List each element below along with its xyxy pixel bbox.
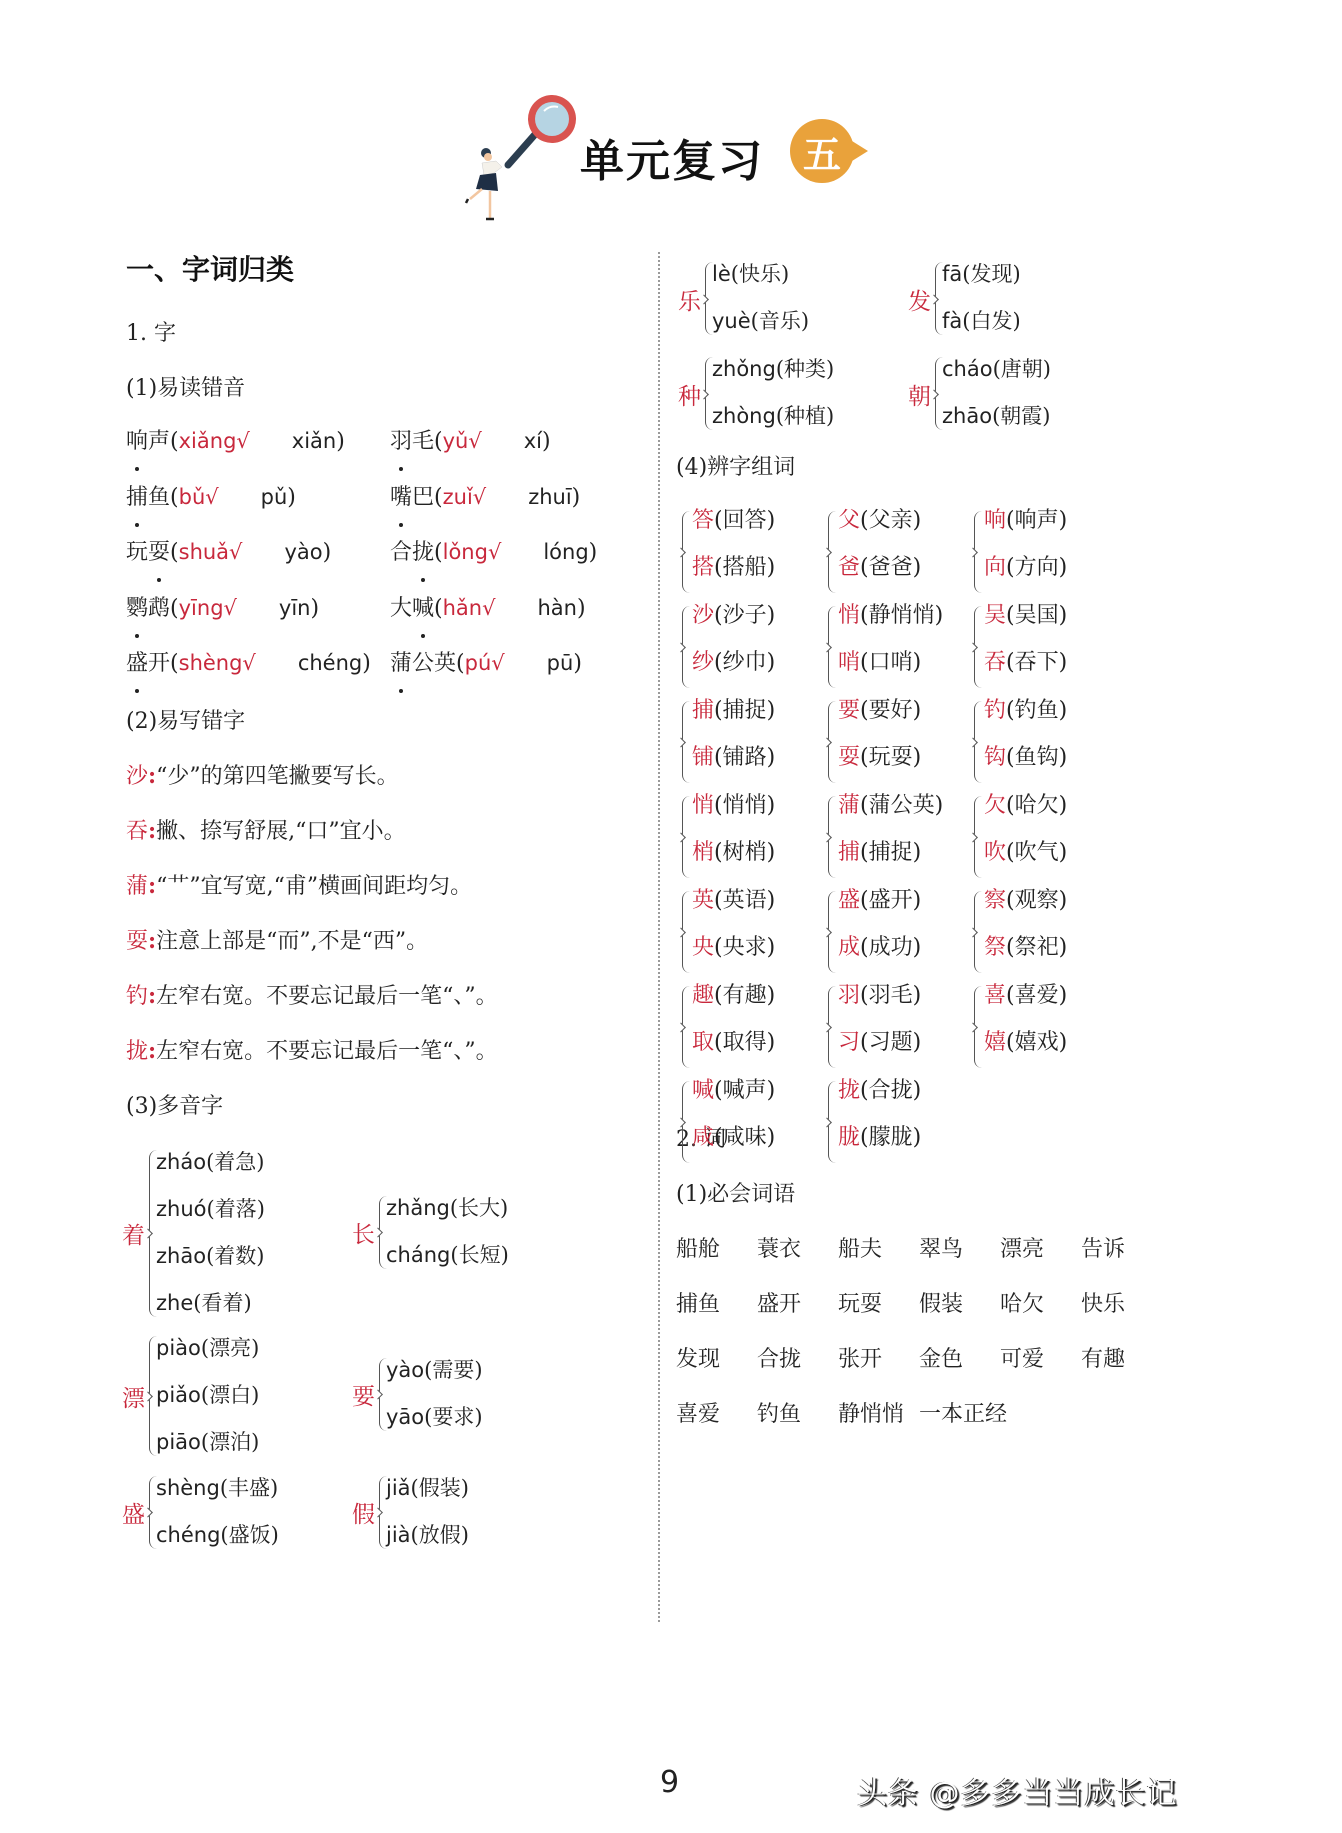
example-word: (喊声) — [714, 1078, 775, 1103]
pinyin: zhāo — [156, 1244, 206, 1268]
target-char: 英 — [692, 888, 714, 913]
brace-icon — [682, 1081, 692, 1163]
writing-note: 蒲:“艹”宜写宽,“甫”横画间距均匀。 — [126, 859, 646, 914]
distinguish-item: 欠(哈欠) — [984, 792, 1067, 820]
example-word: (父亲) — [860, 508, 921, 533]
pinyin: jià — [386, 1523, 411, 1547]
example-word: (朦胧) — [860, 1125, 921, 1150]
section-title: 一、字词归类 — [126, 250, 646, 290]
reading: fà(白发) — [942, 307, 1021, 335]
example-word: (回答) — [714, 508, 775, 533]
reading: piào(漂亮) — [156, 1334, 259, 1362]
distinguish-group: 要(要好)耍(玩耍) — [828, 697, 988, 787]
example-word: (放假) — [411, 1523, 469, 1547]
pinyin: fā — [942, 262, 962, 286]
brace-icon — [974, 606, 984, 688]
pronunciation-item: 响声(xiǎng√xiǎn) — [126, 416, 345, 467]
pinyin: zháo — [156, 1150, 206, 1174]
distinguish-item: 喜(喜爱) — [984, 982, 1067, 1010]
brace-icon — [828, 606, 838, 688]
reading: zhe(看着) — [156, 1289, 252, 1317]
distinguish-item: 喊(喊声) — [692, 1077, 775, 1105]
distinguish-item: 央(央求) — [692, 934, 775, 962]
note-char: 蒲 — [126, 874, 148, 899]
pronunciation-row: 玩耍(shuǎ√yào)合拢(lǒng√lóng) — [126, 527, 646, 583]
distinguish-item: 拢(合拢) — [838, 1077, 921, 1105]
page-number: 9 — [660, 1765, 679, 1800]
example-word: (纱巾) — [714, 650, 775, 675]
target-char: 习 — [838, 1030, 860, 1055]
part-title: (1)易读错音 — [126, 361, 646, 416]
column-divider — [658, 252, 660, 1622]
pinyin: piào — [156, 1336, 201, 1360]
target-char: 祭 — [984, 935, 1006, 960]
example-word: (观察) — [1006, 888, 1067, 913]
colon: : — [148, 928, 156, 954]
reading: yāo(要求) — [386, 1403, 483, 1431]
pronunciation-list: 响声(xiǎng√xiǎn)羽毛(yǔ√xí)捕鱼(bǔ√pǔ)嘴巴(zuǐ√z… — [126, 416, 646, 694]
example-word: (白发) — [962, 309, 1020, 333]
distinguish-item: 嬉(嬉戏) — [984, 1029, 1067, 1057]
pronunciation-item: 嘴巴(zuǐ√zhuī) — [390, 472, 580, 523]
example-word: (要好) — [860, 698, 921, 723]
reading: yào(需要) — [386, 1356, 483, 1384]
vocabulary-word: 船夫 — [838, 1222, 919, 1277]
distinguish-item: 胧(朦胧) — [838, 1124, 921, 1152]
brace-icon — [682, 796, 692, 878]
char: 大 — [390, 596, 412, 621]
note-char: 吞 — [126, 819, 148, 844]
pronunciation-item: 玩耍(shuǎ√yào) — [126, 527, 331, 578]
distinguish-item: 吴(吴国) — [984, 602, 1067, 630]
example-word: (捕捉) — [860, 840, 921, 865]
polyphonic-list: 乐lè(快乐)yuè(音乐)发fā(发现)fà(白发)种zhǒng(种类)zhò… — [678, 250, 1198, 440]
brace-icon — [682, 511, 692, 593]
note-text: “少”的第四笔撇要写长。 — [156, 764, 399, 789]
reading: jiǎ(假装) — [386, 1474, 469, 1502]
distinguish-item: 羽(羽毛) — [838, 982, 921, 1010]
distinguish-group: 喜(喜爱)嬉(嬉戏) — [974, 982, 1134, 1072]
target-char: 央 — [692, 935, 714, 960]
distinguish-group: 父(父亲)爸(爸爸) — [828, 507, 988, 597]
unit-badge: 五 — [790, 119, 854, 183]
example-word: (看着) — [193, 1291, 251, 1315]
reading: yuè(音乐) — [712, 307, 809, 335]
reading: zhāo(着数) — [156, 1242, 264, 1270]
pinyin: jiǎ — [386, 1476, 411, 1500]
char: 开 — [148, 651, 170, 676]
example-word: (爸爸) — [860, 555, 921, 580]
correct-pinyin: hǎn√ — [443, 596, 496, 620]
wrong-pinyin: pū — [547, 651, 574, 675]
example-word: (朝霞) — [992, 404, 1050, 428]
word: 捕鱼 — [126, 485, 170, 510]
writing-note: 吞:撇、捺写舒展,“口”宜小。 — [126, 804, 646, 859]
target-char: 成 — [838, 935, 860, 960]
example-word: (着数) — [206, 1244, 264, 1268]
distinguish-item: 爸(爸爸) — [838, 554, 921, 582]
reading: piāo(漂泊) — [156, 1428, 259, 1456]
correct-pinyin: yǔ√ — [443, 429, 482, 453]
part-title: (3)多音字 — [126, 1079, 646, 1134]
example-word: (蒲公英) — [860, 793, 943, 818]
example-word: (口哨) — [860, 650, 921, 675]
pinyin: chéng — [156, 1523, 220, 1547]
target-char: 父 — [838, 508, 860, 533]
char: 声 — [148, 429, 170, 454]
distinguish-group: 沙(沙子)纱(纱巾) — [682, 602, 842, 692]
example-word: (要求) — [424, 1405, 482, 1429]
example-word: (漂泊) — [201, 1430, 259, 1454]
target-char: 趣 — [692, 983, 714, 1008]
example-word: (吴国) — [1006, 603, 1067, 628]
example-word: (盛开) — [860, 888, 921, 913]
page-title: 单元复习 — [580, 125, 764, 189]
target-char: 向 — [984, 555, 1006, 580]
vocabulary-word: 喜爱 — [676, 1387, 757, 1442]
pinyin: cháo — [942, 357, 993, 381]
colon: : — [148, 873, 156, 899]
wrong-pinyin: yào — [284, 540, 322, 564]
pronunciation-row: 捕鱼(bǔ√pǔ)嘴巴(zuǐ√zhuī) — [126, 472, 646, 528]
char: 公 — [412, 651, 434, 676]
example-word: (祭祀) — [1006, 935, 1067, 960]
pinyin: piāo — [156, 1430, 201, 1454]
target-char: 捕 — [838, 840, 860, 865]
brace-icon — [682, 606, 692, 688]
distinguish-item: 响(响声) — [984, 507, 1067, 535]
reading: zhòng(种植) — [712, 402, 834, 430]
wrong-pinyin: zhuī — [528, 485, 571, 509]
distinguish-group: 响(响声)向(方向) — [974, 507, 1134, 597]
reading: lè(快乐) — [712, 260, 789, 288]
pinyin: zhe — [156, 1291, 193, 1315]
target-char: 取 — [692, 1030, 714, 1055]
polyphonic-list: 着zháo(着急)zhuó(着落)zhāo(着数)zhe(看着)长zhǎng(长… — [126, 1134, 646, 1604]
reading: zhāo(朝霞) — [942, 402, 1050, 430]
pinyin: yào — [386, 1358, 424, 1382]
part-title: (4)辨字组词 — [676, 440, 1198, 495]
pronunciation-row: 盛开(shèng√chéng)蒲公英(pú√pū) — [126, 638, 646, 694]
distinguish-item: 搭(搭船) — [692, 554, 775, 582]
example-word: (发现) — [962, 262, 1020, 286]
distinguish-item: 钓(钓鱼) — [984, 697, 1067, 725]
example-word: (长短) — [450, 1243, 508, 1267]
distinguish-group: 悄(静悄悄)哨(口哨) — [828, 602, 988, 692]
example-word: (合拢) — [860, 1078, 921, 1103]
right-column: 乐lè(快乐)yuè(音乐)发fā(发现)fà(白发)种zhǒng(种类)zhò… — [678, 250, 1198, 1442]
distinguish-item: 悄(悄悄) — [692, 792, 775, 820]
target-char: 欠 — [984, 793, 1006, 818]
distinguish-group: 吴(吴国)吞(吞下) — [974, 602, 1134, 692]
brace-icon — [828, 986, 838, 1068]
note-text: 撇、捺写舒展,“口”宜小。 — [156, 819, 406, 844]
pronunciation-row: 鹦鹉(yīng√yīn)大喊(hǎn√hàn) — [126, 583, 646, 639]
pinyin: lè — [712, 262, 731, 286]
target-char: 钓 — [984, 698, 1006, 723]
word: 盛开 — [126, 651, 170, 676]
note-text: 左窄右宽。不要忘记最后一笔“、”。 — [156, 984, 498, 1009]
note-text: 注意上部是“而”,不是“西”。 — [156, 929, 428, 954]
brace-icon — [682, 986, 692, 1068]
note-char: 钓 — [126, 984, 148, 1009]
brace-icon — [682, 701, 692, 783]
example-word: (吞下) — [1006, 650, 1067, 675]
magnifying-glass-girl-icon — [460, 95, 580, 235]
distinguish-item: 铺(铺路) — [692, 744, 775, 772]
example-word: (喜爱) — [1006, 983, 1067, 1008]
example-word: (有趣) — [714, 983, 775, 1008]
vocabulary-word: 告诉 — [1081, 1222, 1162, 1277]
vocabulary-word: 发现 — [676, 1332, 757, 1387]
example-word: (鱼钩) — [1006, 745, 1067, 770]
target-char: 羽 — [838, 983, 860, 1008]
reading: fā(发现) — [942, 260, 1021, 288]
vocabulary-word: 捕鱼 — [676, 1277, 757, 1332]
target-char: 沙 — [692, 603, 714, 628]
brace-icon — [682, 891, 692, 973]
char: 玩 — [126, 540, 148, 565]
target-char: 梢 — [692, 840, 714, 865]
example-word: (英语) — [714, 888, 775, 913]
example-word: (响声) — [1006, 508, 1067, 533]
pinyin: zhòng — [712, 404, 776, 428]
target-char: 捕 — [692, 698, 714, 723]
example-word: (沙子) — [714, 603, 775, 628]
emphasized-char: 耍 — [148, 528, 170, 578]
target-char: 喊 — [692, 1078, 714, 1103]
pinyin: piǎo — [156, 1383, 201, 1407]
distinguish-item: 捕(捕捉) — [838, 839, 921, 867]
brace-icon — [974, 891, 984, 973]
reading: zháo(着急) — [156, 1148, 264, 1176]
char: 合 — [390, 540, 412, 565]
distinguish-group: 盛(盛开)成(成功) — [828, 887, 988, 977]
example-word: (方向) — [1006, 555, 1067, 580]
emphasized-char: 羽 — [390, 417, 412, 467]
emphasized-char: 响 — [126, 417, 148, 467]
distinguish-item: 习(习题) — [838, 1029, 921, 1057]
note-char: 拢 — [126, 1039, 148, 1064]
wrong-pinyin: lóng — [543, 540, 588, 564]
polyphonic-char: 假 — [352, 1496, 375, 1529]
distinguish-group: 欠(哈欠)吹(吹气) — [974, 792, 1134, 882]
brace-icon — [828, 511, 838, 593]
example-word: (盛饭) — [220, 1523, 278, 1547]
reading: zhǒng(种类) — [712, 355, 834, 383]
pinyin: fà — [942, 309, 962, 333]
target-char: 爸 — [838, 555, 860, 580]
pronunciation-item: 大喊(hǎn√hàn) — [390, 583, 586, 634]
vocabulary-word: 合拢 — [757, 1332, 838, 1387]
target-char: 嬉 — [984, 1030, 1006, 1055]
example-word: (种类) — [776, 357, 834, 381]
char: 鹉 — [148, 596, 170, 621]
note-char: 耍 — [126, 929, 148, 954]
wrong-pinyin: xiǎn — [292, 429, 336, 453]
brace-icon — [828, 891, 838, 973]
target-char: 盛 — [838, 888, 860, 913]
distinguish-item: 盛(盛开) — [838, 887, 921, 915]
target-char: 悄 — [692, 793, 714, 818]
distinguish-group: 蒲(蒲公英)捕(捕捉) — [828, 792, 988, 882]
target-char: 耍 — [838, 745, 860, 770]
example-word: (漂亮) — [201, 1336, 259, 1360]
pinyin: shèng — [156, 1476, 220, 1500]
distinguish-item: 成(成功) — [838, 934, 921, 962]
page-header: 单元复习 五 — [460, 95, 900, 235]
pronunciation-item: 捕鱼(bǔ√pǔ) — [126, 472, 296, 523]
writing-note: 钓:左窄右宽。不要忘记最后一笔“、”。 — [126, 969, 646, 1024]
emphasized-char: 盛 — [126, 639, 148, 689]
brace-icon — [828, 701, 838, 783]
target-char: 要 — [838, 698, 860, 723]
target-char: 铺 — [692, 745, 714, 770]
brace-icon — [974, 701, 984, 783]
example-word: (静悄悄) — [860, 603, 943, 628]
example-word: (羽毛) — [860, 983, 921, 1008]
distinguish-item: 哨(口哨) — [838, 649, 921, 677]
distinguish-group: 趣(有趣)取(取得) — [682, 982, 842, 1072]
polyphonic-char: 要 — [352, 1378, 375, 1411]
writing-notes-list: 沙:“少”的第四笔撇要写长。吞:撇、捺写舒展,“口”宜小。蒲:“艹”宜写宽,“甫… — [126, 749, 646, 1079]
target-char: 响 — [984, 508, 1006, 533]
vocabulary-word: 快乐 — [1081, 1277, 1162, 1332]
target-char: 搭 — [692, 555, 714, 580]
brace-icon — [974, 796, 984, 878]
emphasized-char: 喊 — [412, 584, 434, 634]
emphasized-char: 嘴 — [390, 473, 412, 523]
vocabulary-word: 玩耍 — [838, 1277, 919, 1332]
example-word: (央求) — [714, 935, 775, 960]
correct-pinyin: bǔ√ — [179, 485, 219, 509]
example-word: (铺路) — [714, 745, 775, 770]
note-text: “艹”宜写宽,“甫”横画间距均匀。 — [156, 874, 472, 899]
example-word: (着急) — [206, 1150, 264, 1174]
reading: cháo(唐朝) — [942, 355, 1051, 383]
pinyin: zhuó — [156, 1197, 207, 1221]
target-char: 答 — [692, 508, 714, 533]
reading: jià(放假) — [386, 1521, 469, 1549]
target-char: 吹 — [984, 840, 1006, 865]
wrong-pinyin: hàn — [538, 596, 578, 620]
distinguish-group: 答(回答)搭(搭船) — [682, 507, 842, 597]
pronunciation-row: 响声(xiǎng√xiǎn)羽毛(yǔ√xí) — [126, 416, 646, 472]
target-char: 胧 — [838, 1125, 860, 1150]
pinyin: yuè — [712, 309, 751, 333]
example-word: (钓鱼) — [1006, 698, 1067, 723]
correct-pinyin: shèng√ — [179, 651, 256, 675]
distinguish-item: 钩(鱼钩) — [984, 744, 1067, 772]
example-word: (着落) — [207, 1197, 265, 1221]
correct-pinyin: shuǎ√ — [179, 540, 243, 564]
polyphonic-char: 着 — [122, 1217, 145, 1250]
brace-icon — [828, 1081, 838, 1163]
vocabulary-word: 静悄悄 — [838, 1387, 919, 1442]
emphasized-char: 蒲 — [390, 639, 412, 689]
vocabulary-word: 假装 — [919, 1277, 1000, 1332]
example-word: (吹气) — [1006, 840, 1067, 865]
distinguish-item: 祭(祭祀) — [984, 934, 1067, 962]
distinguish-group: 喊(喊声)咸(咸味) — [682, 1077, 842, 1167]
example-word: (种植) — [776, 404, 834, 428]
example-word: (树梢) — [714, 840, 775, 865]
colon: : — [148, 1038, 156, 1064]
distinguish-item: 纱(纱巾) — [692, 649, 775, 677]
writing-note: 耍:注意上部是“而”,不是“西”。 — [126, 914, 646, 969]
subsection-title: 1. 字 — [126, 306, 646, 361]
distinguish-group: 羽(羽毛)习(习题) — [828, 982, 988, 1072]
reading: zhǎng(长大) — [386, 1194, 508, 1222]
watermark: 头条 @多多当当成长记 — [857, 1768, 1178, 1812]
distinguish-item: 向(方向) — [984, 554, 1067, 582]
reading: piǎo(漂白) — [156, 1381, 259, 1409]
example-word: (唐朝) — [993, 357, 1051, 381]
vocabulary-word: 张开 — [838, 1332, 919, 1387]
target-char: 吞 — [984, 650, 1006, 675]
example-word: (搭船) — [714, 555, 775, 580]
note-char: 沙 — [126, 764, 148, 789]
example-word: (漂白) — [201, 1383, 259, 1407]
pronunciation-item: 合拢(lǒng√lóng) — [390, 527, 597, 578]
vocabulary-word: 金色 — [919, 1332, 1000, 1387]
vocabulary-word: 盛开 — [757, 1277, 838, 1332]
distinguish-item: 要(要好) — [838, 697, 921, 725]
pinyin: zhǒng — [712, 357, 776, 381]
vocabulary-word: 哈欠 — [1000, 1277, 1081, 1332]
distinguish-item: 耍(玩耍) — [838, 744, 921, 772]
brace-icon — [974, 986, 984, 1068]
char: 鱼 — [148, 485, 170, 510]
vocabulary-word: 翠鸟 — [919, 1222, 1000, 1277]
distinguish-item: 察(观察) — [984, 887, 1067, 915]
distinguish-group: 拢(合拢)胧(朦胧) — [828, 1077, 988, 1167]
example-word: (习题) — [860, 1030, 921, 1055]
target-char: 拢 — [838, 1078, 860, 1103]
pinyin: zhǎng — [386, 1196, 450, 1220]
reading: cháng(长短) — [386, 1241, 509, 1269]
target-char: 喜 — [984, 983, 1006, 1008]
distinguish-item: 捕(捕捉) — [692, 697, 775, 725]
left-column: 一、字词归类 1. 字 (1)易读错音 响声(xiǎng√xiǎn)羽毛(yǔ√… — [126, 250, 646, 1604]
wrong-pinyin: yīn — [279, 596, 311, 620]
pinyin: cháng — [386, 1243, 450, 1267]
example-word: (假装) — [411, 1476, 469, 1500]
correct-pinyin: yīng√ — [179, 596, 237, 620]
word: 羽毛 — [390, 429, 434, 454]
emphasized-char: 拢 — [412, 528, 434, 578]
part-title: (1)必会词语 — [676, 1167, 1198, 1222]
correct-pinyin: xiǎng√ — [179, 429, 250, 453]
vocabulary-word: 有趣 — [1081, 1332, 1162, 1387]
correct-pinyin: zuǐ√ — [443, 485, 487, 509]
word: 嘴巴 — [390, 485, 434, 510]
example-word: (咸味) — [714, 1125, 775, 1150]
distinguish-group: 英(英语)央(央求) — [682, 887, 842, 977]
target-char: 纱 — [692, 650, 714, 675]
word: 响声 — [126, 429, 170, 454]
distinguish-item: 答(回答) — [692, 507, 775, 535]
distinguish-group: 悄(悄悄)梢(树梢) — [682, 792, 842, 882]
note-text: 左窄右宽。不要忘记最后一笔“、”。 — [156, 1039, 498, 1064]
example-word: (玩耍) — [860, 745, 921, 770]
wrong-pinyin: xí — [524, 429, 542, 453]
wrong-pinyin: chéng — [298, 651, 362, 675]
vocabulary-word: 钓鱼 — [757, 1387, 838, 1442]
vocabulary-word: 船舱 — [676, 1222, 757, 1277]
pronunciation-item: 蒲公英(pú√pū) — [390, 638, 582, 689]
polyphonic-char: 长 — [352, 1216, 375, 1249]
